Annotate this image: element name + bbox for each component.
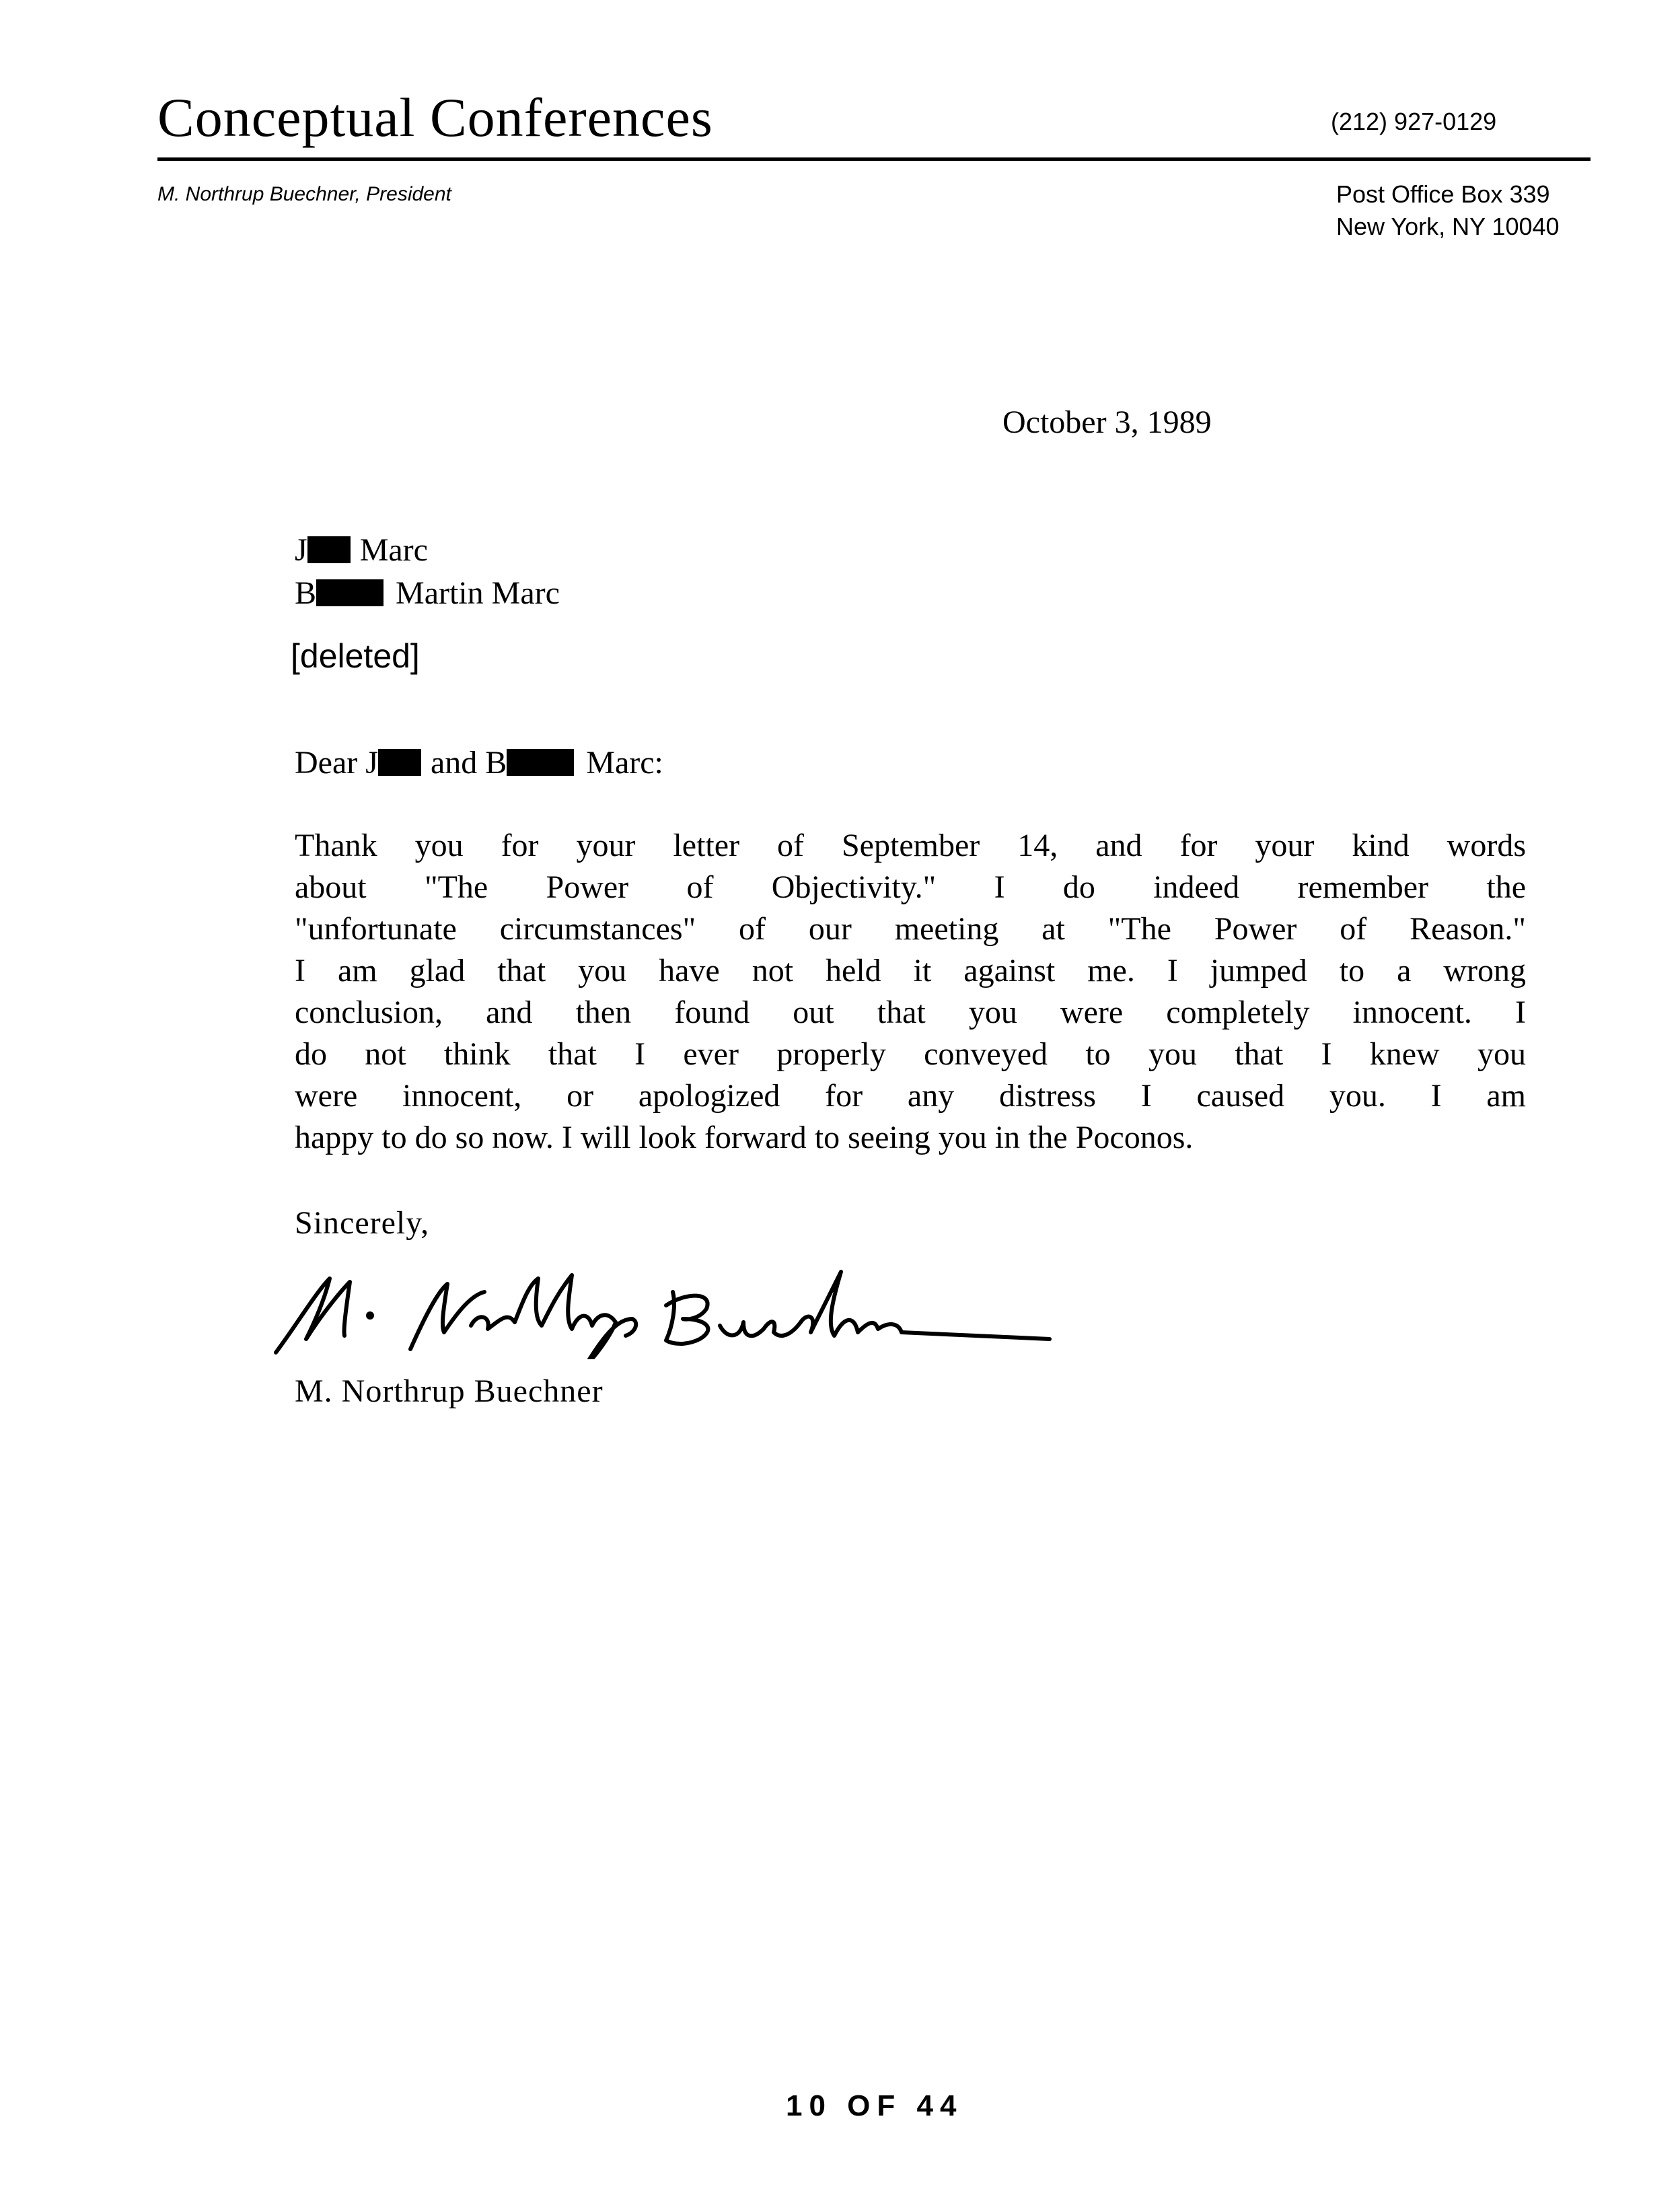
body-line: about "The Power of Objectivity." I do i… bbox=[295, 867, 1526, 908]
recipient-1-initial: J bbox=[295, 532, 307, 568]
recipient-address-deleted: [deleted] bbox=[291, 637, 420, 676]
recipient-1-surname: Marc bbox=[360, 532, 428, 568]
redaction-block bbox=[378, 749, 421, 776]
letter-body: Thank you for your letter of September 1… bbox=[295, 825, 1526, 1159]
redaction-block bbox=[307, 536, 351, 563]
body-line: happy to do so now. I will look forward … bbox=[295, 1117, 1526, 1159]
redaction-block bbox=[507, 749, 574, 776]
body-line: "unfortunate circumstances" of our meeti… bbox=[295, 908, 1526, 950]
body-line: Thank you for your letter of September 1… bbox=[295, 825, 1526, 867]
address-line-1: Post Office Box 339 bbox=[1336, 180, 1550, 209]
recipient-2-initial: B bbox=[295, 575, 316, 611]
page-number: 10 OF 44 bbox=[786, 2089, 963, 2123]
handwritten-signature bbox=[269, 1265, 1063, 1359]
company-name: Conceptual Conferences bbox=[157, 86, 713, 149]
salutation-suffix: Marc: bbox=[586, 745, 663, 781]
salutation-prefix: Dear J bbox=[295, 745, 378, 781]
redaction-block bbox=[316, 579, 384, 606]
closing: Sincerely, bbox=[295, 1204, 429, 1241]
signer-name: M. Northrup Buechner bbox=[295, 1373, 604, 1410]
address-line-2: New York, NY 10040 bbox=[1336, 213, 1560, 241]
recipient-line-1: JMarc bbox=[295, 532, 428, 569]
salutation: Dear Jand BMarc: bbox=[295, 744, 663, 781]
body-line: I am glad that you have not held it agai… bbox=[295, 950, 1526, 992]
body-line: were innocent, or apologized for any dis… bbox=[295, 1075, 1526, 1117]
salutation-middle: and B bbox=[431, 745, 507, 781]
letter-date: October 3, 1989 bbox=[1002, 404, 1212, 441]
recipient-2-name: Martin Marc bbox=[396, 575, 560, 611]
recipient-line-2: BMartin Marc bbox=[295, 575, 560, 612]
president-line: M. Northrup Buechner, President bbox=[157, 183, 451, 206]
body-line: do not think that I ever properly convey… bbox=[295, 1034, 1526, 1075]
phone-number: (212) 927-0129 bbox=[1331, 108, 1496, 136]
body-line: conclusion, and then found out that you … bbox=[295, 992, 1526, 1034]
letterhead-divider bbox=[157, 157, 1591, 161]
